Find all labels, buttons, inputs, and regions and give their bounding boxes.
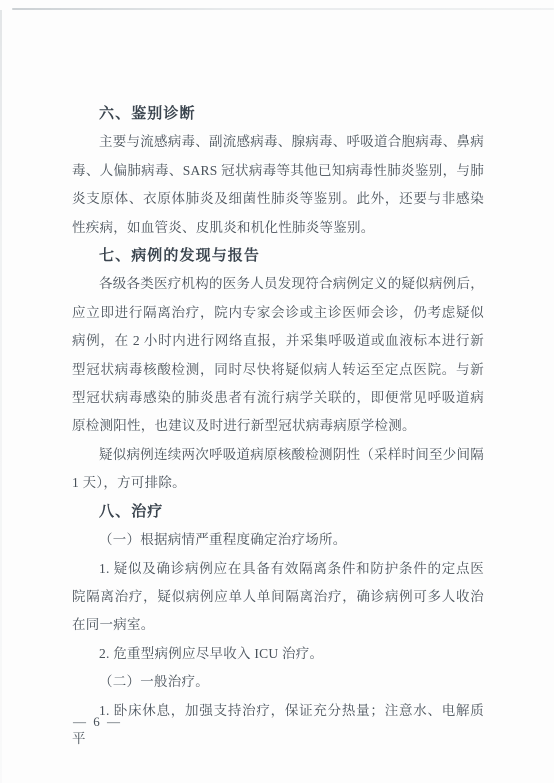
section-heading-differential-diagnosis: 六、鉴别诊断 [72,100,484,128]
section-heading-treatment: 八、治疗 [72,498,484,526]
scan-edge-top-artifact [12,8,554,10]
document-body: 六、鉴别诊断 主要与流感病毒、副流感病毒、腺病毒、呼吸道合胞病毒、鼻病毒、人偏肺… [72,100,484,753]
paragraph: 2. 危重型病例应尽早收入 ICU 治疗。 [72,640,484,668]
scanned-document-page: 六、鉴别诊断 主要与流感病毒、副流感病毒、腺病毒、呼吸道合胞病毒、鼻病毒、人偏肺… [0,0,554,783]
section-heading-case-discovery-report: 七、病例的发现与报告 [72,242,484,270]
paragraph: （二）一般治疗。 [72,668,484,696]
paragraph: 各级各类医疗机构的医务人员发现符合病例定义的疑似病例后，应立即进行隔离治疗，院内… [72,270,484,440]
paragraph: 1. 卧床休息，加强支持治疗，保证充分热量；注意水、电解质平 [72,697,484,754]
page-number: — 6 — [73,711,122,733]
scan-edge-left-artifact [0,10,2,783]
paragraph: 1. 疑似及确诊病例应在具备有效隔离条件和防护条件的定点医院隔离治疗，疑似病例应… [72,555,484,640]
paragraph: （一）根据病情严重程度确定治疗场所。 [72,526,484,554]
paragraph: 疑似病例连续两次呼吸道病原核酸检测阴性（采样时间至少间隔 1 天），方可排除。 [72,441,484,498]
paragraph: 主要与流感病毒、副流感病毒、腺病毒、呼吸道合胞病毒、鼻病毒、人偏肺病毒、SARS… [72,128,484,242]
